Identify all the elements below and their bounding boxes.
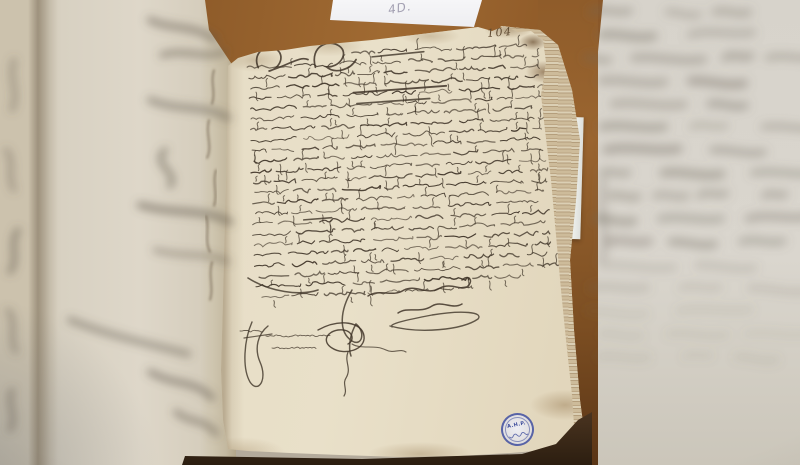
handwriting-ink-layer <box>0 0 800 465</box>
gutter-script-sliver <box>206 70 216 300</box>
manuscript-photo: 4D. 104 A.H.P. <box>0 0 800 465</box>
signature-flourishes <box>240 278 479 396</box>
left-page-blurred-script <box>6 20 230 434</box>
handwriting-block <box>245 33 560 311</box>
turning-page-blurred-script <box>587 10 800 360</box>
archive-stamp: A.H.P. <box>498 410 537 449</box>
